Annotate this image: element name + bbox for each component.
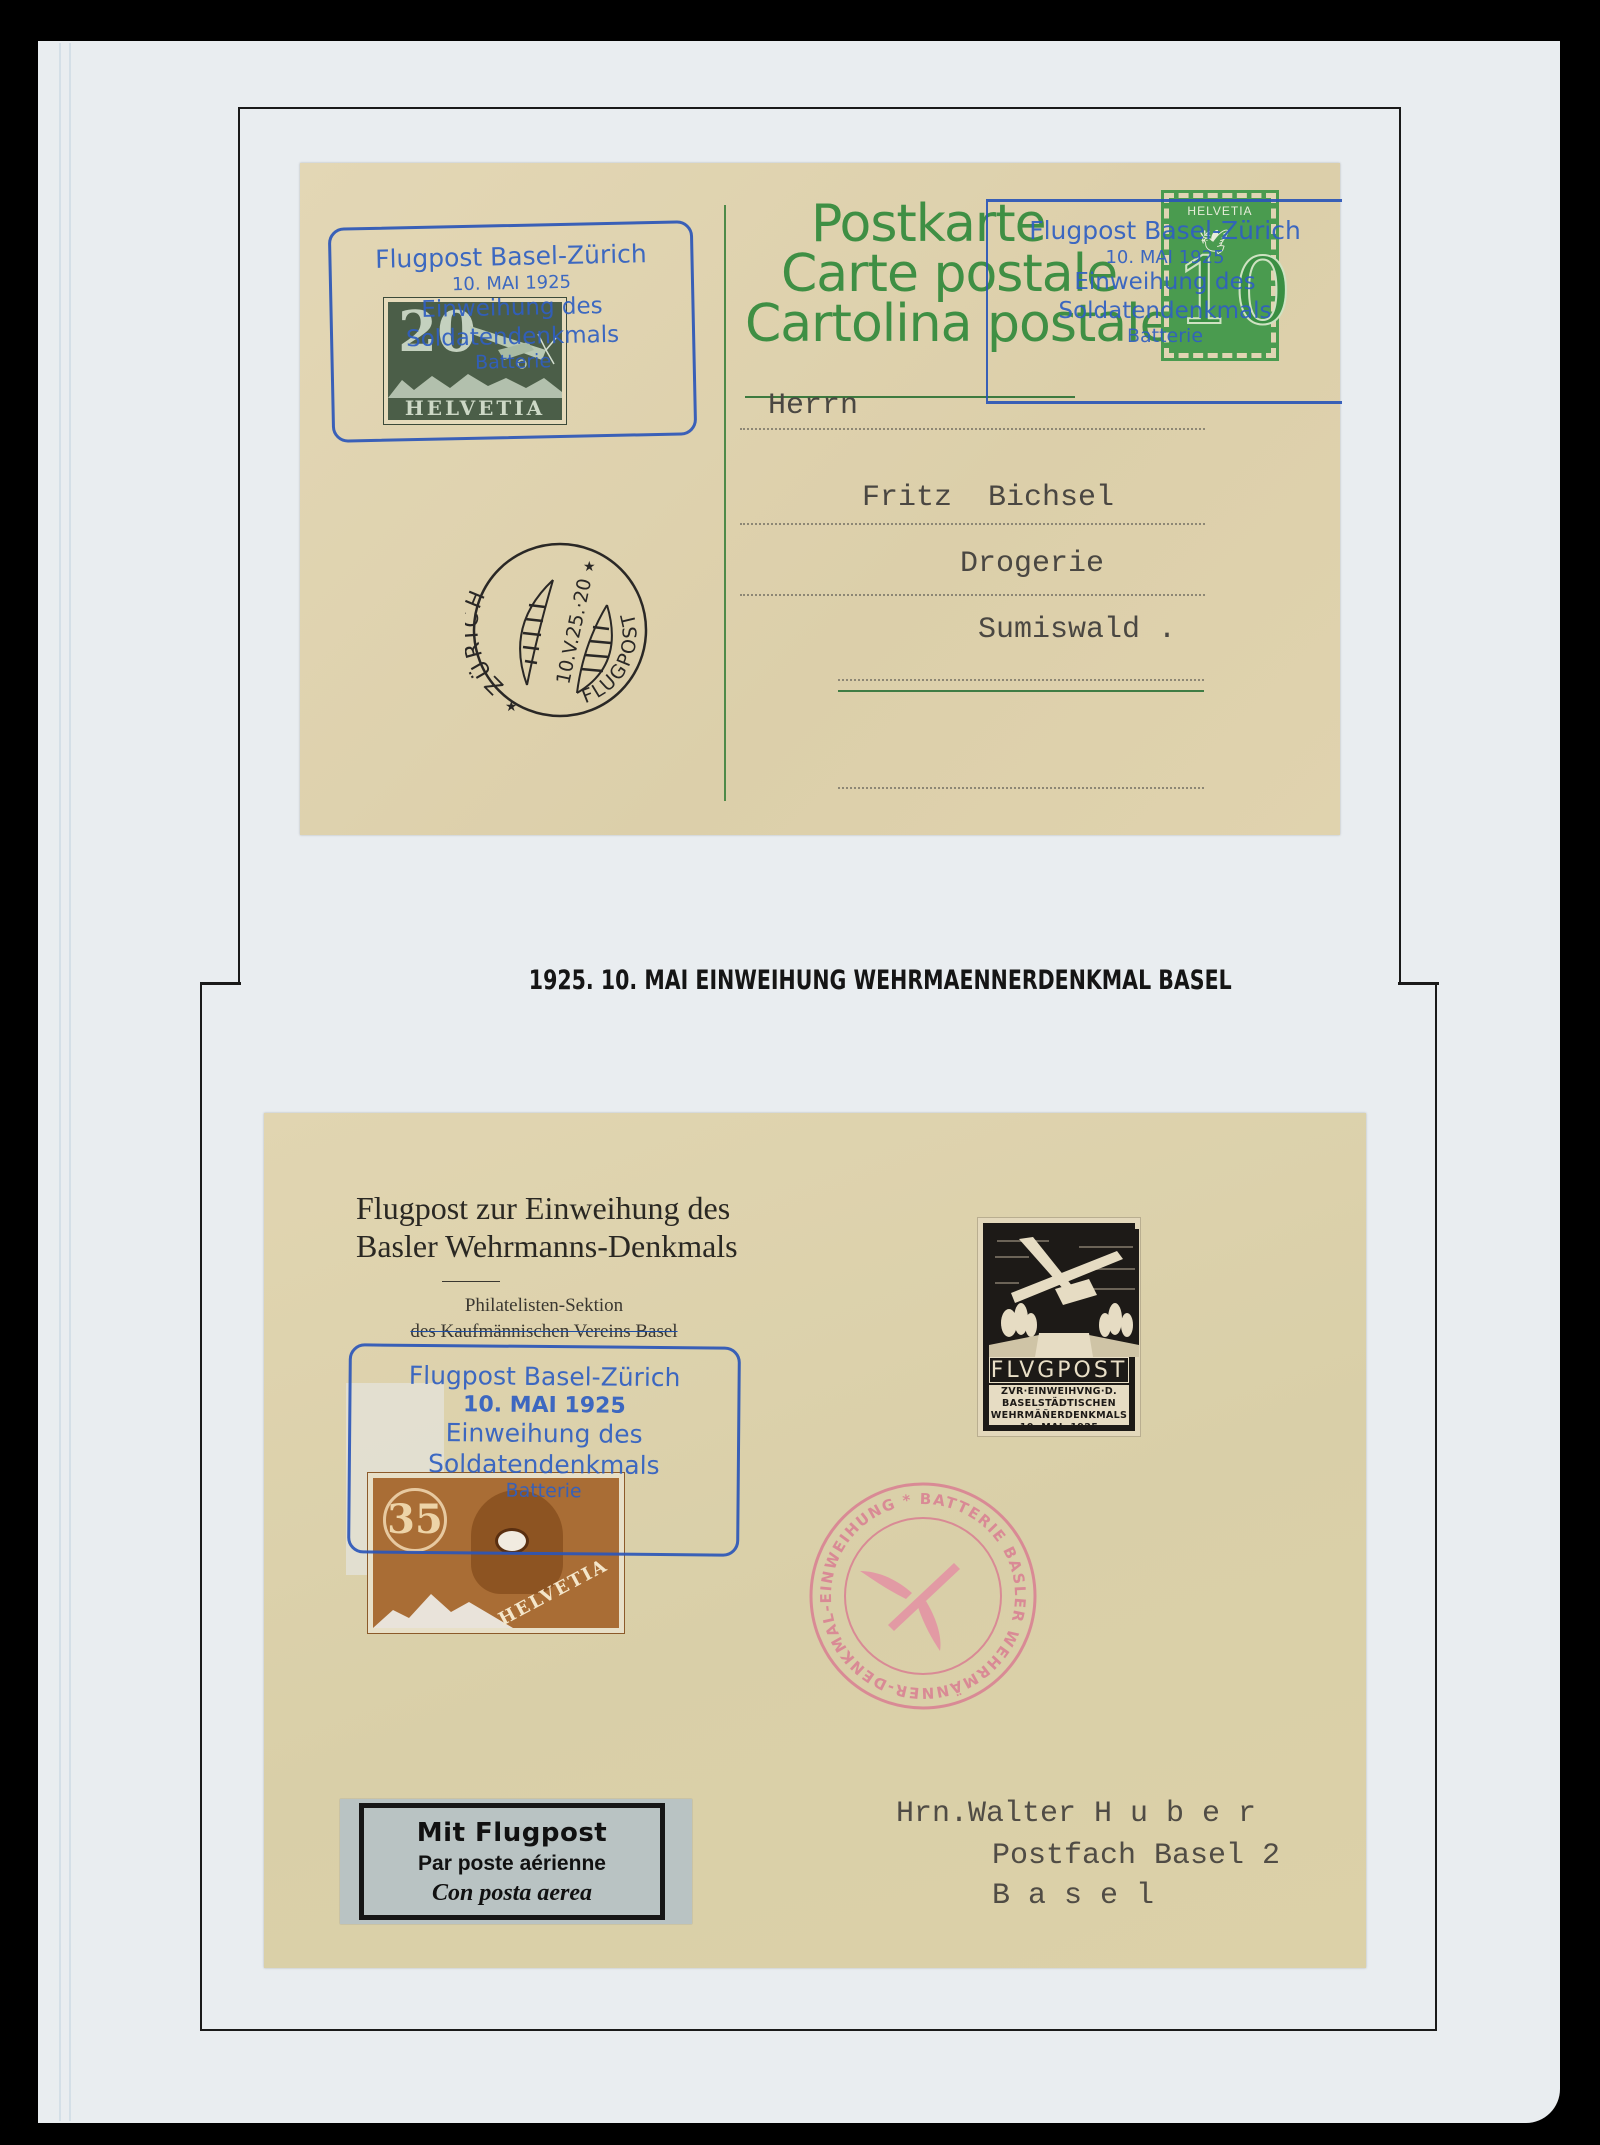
cover-subheading-1: Philatelisten-Sektion [264,1295,824,1317]
svg-text:ZÜRICH: ZÜRICH [465,585,509,699]
frame-step-right [1398,982,1439,985]
cover-rule [442,1281,500,1282]
svg-text:★: ★ [583,558,596,574]
album-caption: 1925. 10. MAI EINWEIHUNG WEHRMAENNERDENK… [529,965,1091,996]
airmail-etiquette: Mit Flugpost Par poste aérienne Con post… [340,1799,692,1924]
cover-cachet: Flugpost Basel-Zürich 10. MAI 1925 Einwe… [347,1343,741,1556]
svg-text:★: ★ [505,698,518,714]
cover-addr-name: Hrn.Walter H u b e r [896,1793,1256,1835]
winged-propeller-icon [860,1563,960,1651]
zurich-flugpost-postmark: ZÜRICH FLUGPOST 10.V.25.·20 ★ ★ [465,535,655,725]
cover-addr-line2: Postfach Basel 2 [992,1835,1280,1877]
flight-cover: Flugpost zur Einweihung des Basler Wehrm… [264,1113,1366,1968]
mountains-icon [373,1582,513,1628]
postcard-divider [724,205,726,801]
commemorative-red-seal: BASLER WEHRMÄNNER-DENKMAL-EINWEIHUNG * B… [802,1475,1044,1717]
postcard: Postkarte Carte postale Cartolina postal… [300,163,1340,835]
airplane-envelope-icon [989,1229,1139,1357]
frame-step-left [200,982,241,985]
flugpost-vignette: FLVGPOST ZVR·EINWEIHVNG·D. BASELSTÄDTISC… [978,1218,1140,1436]
cover-heading: Flugpost zur Einweihung des Basler Wehrm… [356,1189,738,1265]
cover-addr-city: B a s e l [992,1875,1154,1917]
addr-salutation: Herrn [768,389,858,423]
addr-name: Fritz Bichsel [862,481,1114,515]
cover-subheading-2: des Kaufmännischen Vereins Basel [264,1321,824,1343]
cachet-left: Flugpost Basel-Zürich 10. MAI 1925 Einwe… [328,220,697,443]
vignette-title: FLVGPOST [989,1357,1129,1383]
addr-line2: Drogerie [960,547,1104,581]
addr-city: Sumiswald . [978,613,1176,647]
vignette-text: ZVR·EINWEIHVNG·D. BASELSTÄDTISCHEN WEHRM… [989,1385,1129,1425]
page-hinge [59,43,71,2121]
